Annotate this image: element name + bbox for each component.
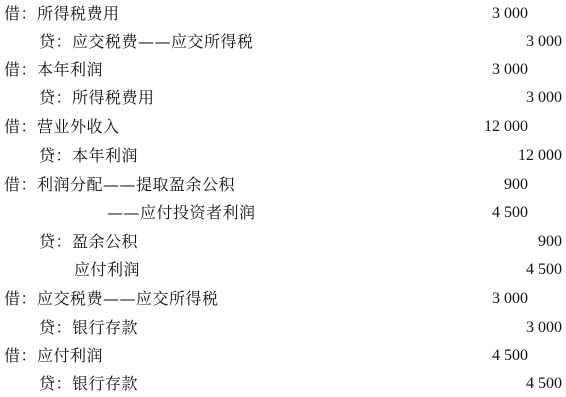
account-label: 借：营业外收入: [4, 113, 120, 141]
entry-row: 应付利润 4 500: [0, 256, 566, 284]
debit-amount: 4 500: [492, 199, 528, 227]
account-label: 借：所得税费用: [4, 0, 120, 28]
debit-amount: 3 000: [492, 0, 528, 28]
debit-amount: 3 000: [492, 285, 528, 313]
account-label: 贷：银行存款: [39, 370, 138, 397]
account-label: 贷：银行存款: [39, 314, 138, 342]
account-label: 应付利润: [74, 256, 140, 284]
entry-row: 贷：银行存款 4 500: [0, 370, 566, 397]
credit-amount: 3 000: [526, 314, 562, 342]
entry-row: 借：本年利润 3 000: [0, 56, 566, 84]
entry-row: 贷：盈余公积 900: [0, 228, 566, 256]
entry-row: 借：应付利润 4 500: [0, 342, 566, 370]
account-label: 借：利润分配——提取盈余公积: [4, 171, 235, 199]
debit-amount: 4 500: [492, 342, 528, 370]
account-label: 借：应付利润: [4, 342, 103, 370]
entry-row: 借：营业外收入 12 000: [0, 113, 566, 141]
journal-entries: 借：所得税费用 3 000 贷：应交税费——应交所得税 3 000 借：本年利润…: [0, 0, 566, 397]
credit-amount: 12 000: [518, 142, 562, 170]
debit-amount: 900: [504, 171, 528, 199]
account-label: 贷：应交税费——应交所得税: [39, 28, 254, 56]
debit-amount: 3 000: [492, 56, 528, 84]
account-label: 借：本年利润: [4, 56, 103, 84]
entry-row: 贷：银行存款 3 000: [0, 314, 566, 342]
entry-row: 借：利润分配——提取盈余公积 900: [0, 171, 566, 199]
account-label: 贷：盈余公积: [39, 228, 138, 256]
debit-amount: 12 000: [484, 113, 528, 141]
credit-amount: 3 000: [526, 28, 562, 56]
credit-amount: 900: [538, 228, 562, 256]
credit-amount: 3 000: [526, 84, 562, 112]
credit-amount: 4 500: [526, 256, 562, 284]
entry-row: 借：所得税费用 3 000: [0, 0, 566, 28]
account-label: ——应付投资者利润: [107, 199, 256, 227]
entry-row: 贷：所得税费用 3 000: [0, 84, 566, 112]
credit-amount: 4 500: [526, 370, 562, 397]
entry-row: 借：应交税费——应交所得税 3 000: [0, 285, 566, 313]
entry-row: ——应付投资者利润 4 500: [0, 199, 566, 227]
account-label: 贷：本年利润: [39, 142, 138, 170]
entry-row: 贷：应交税费——应交所得税 3 000: [0, 28, 566, 56]
account-label: 贷：所得税费用: [39, 84, 155, 112]
entry-row: 贷：本年利润 12 000: [0, 142, 566, 170]
account-label: 借：应交税费——应交所得税: [4, 285, 219, 313]
